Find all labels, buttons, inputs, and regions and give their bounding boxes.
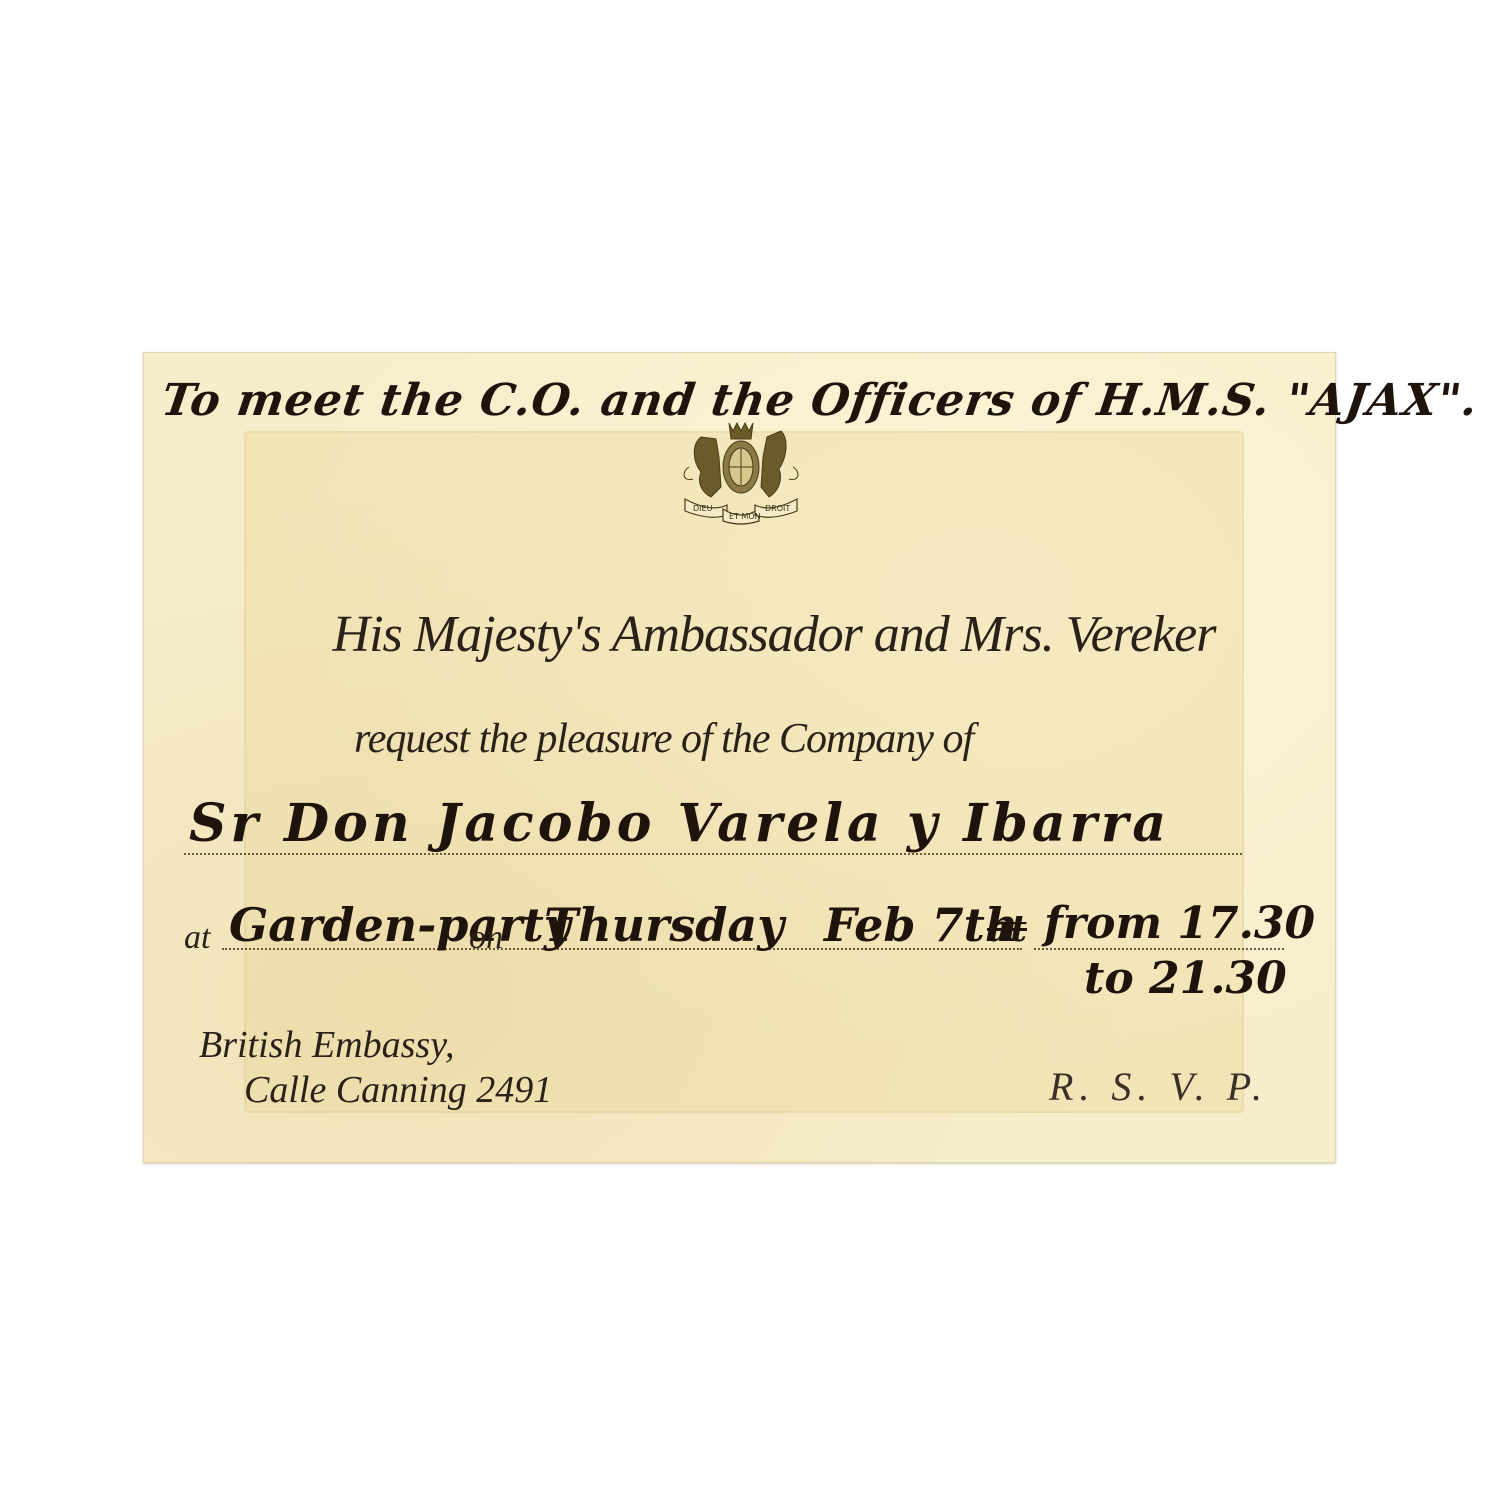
event-time-from: from 17.30: [1044, 898, 1315, 949]
on-label: on: [469, 919, 503, 957]
request-line: request the pleasure of the Company of: [354, 715, 973, 763]
at-label: at: [184, 919, 210, 957]
invitation-card: To meet the C.O. and the Officers of H.M…: [143, 352, 1336, 1163]
address-line-2: Calle Canning 2491: [244, 1068, 552, 1112]
address-line-1: British Embassy,: [199, 1023, 454, 1067]
event-day: Thursday: [544, 898, 784, 952]
rsvp-label: R. S. V. P.: [1049, 1063, 1268, 1110]
handwritten-header-note: To meet the C.O. and the Officers of H.M…: [158, 375, 1481, 426]
event-time-to: to 21.30: [1084, 953, 1287, 1004]
guest-name: Sr Don Jacobo Varela y Ibarra: [189, 793, 1170, 854]
royal-coat-of-arms-icon: DIEU ET MON DROIT: [671, 417, 811, 527]
svg-text:DROIT: DROIT: [765, 504, 790, 513]
struck-at-label: at: [987, 908, 1027, 950]
event-occasion: Garden-party: [229, 898, 570, 952]
svg-text:ET MON: ET MON: [729, 512, 761, 521]
aged-stain-panel: [244, 431, 1244, 1113]
host-line: His Majesty's Ambassador and Mrs. Vereke…: [304, 605, 1244, 664]
svg-text:DIEU: DIEU: [693, 504, 713, 513]
